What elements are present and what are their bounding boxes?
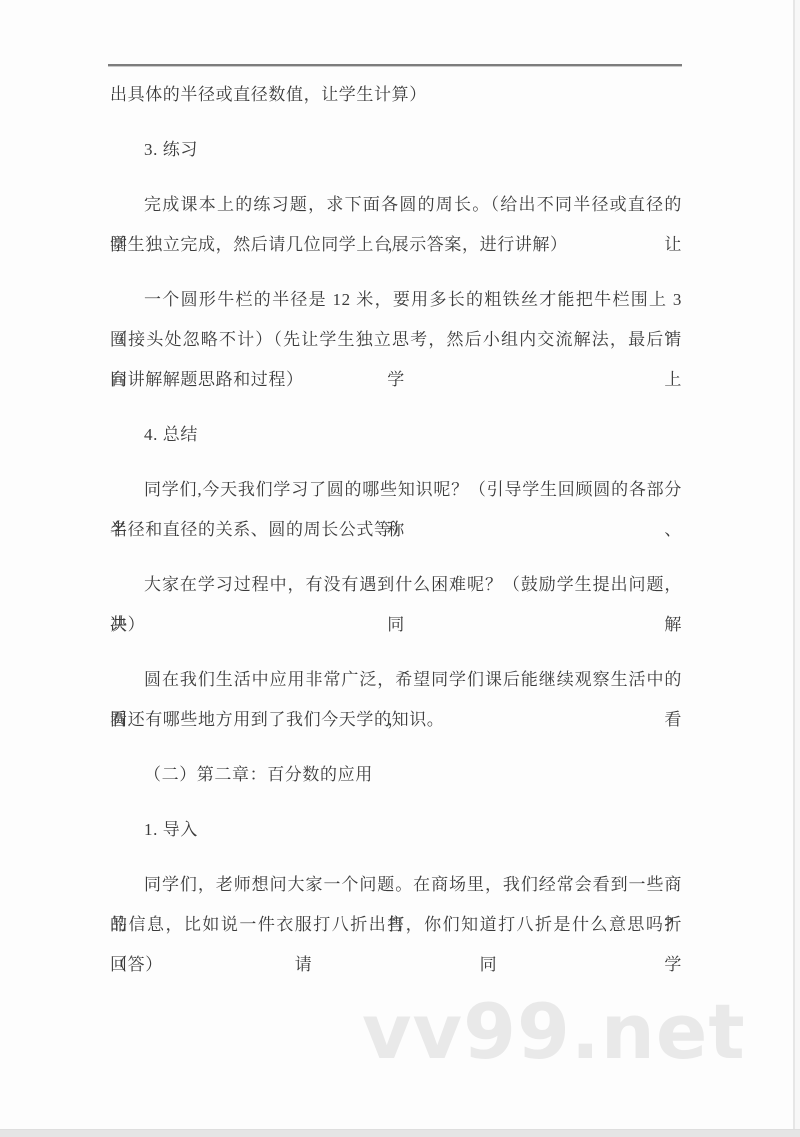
text-line: 大家在学习过程中，有没有遇到什么困难呢？（鼓励学生提出问题，共同解 xyxy=(110,565,682,605)
section-heading: 3. 练习 xyxy=(110,130,682,170)
document-page: 出具体的半径或直径数值，让学生计算） 3. 练习 完成课本上的练习题，求下面各圆… xyxy=(0,0,800,1137)
text-line: 一个圆形牛栏的半径是 12 米，要用多长的粗铁丝才能把牛栏围上 3 圈？ xyxy=(110,280,682,320)
text-line: 出具体的半径或直径数值，让学生计算） xyxy=(110,75,682,115)
page-right-edge xyxy=(795,0,800,1137)
watermark: vv99.net xyxy=(362,994,746,1070)
text-line: 同学们，老师想问大家一个问题。在商场里，我们经常会看到一些商品打折 xyxy=(110,865,682,905)
text-line: （接头处忽略不计）（先让学生独立思考，然后小组内交流解法，最后请同学上 xyxy=(110,320,682,360)
document-body: 出具体的半径或直径数值，让学生计算） 3. 练习 完成课本上的练习题，求下面各圆… xyxy=(110,75,682,985)
section-heading: 4. 总结 xyxy=(110,415,682,455)
text-line: 同学们,今天我们学习了圆的哪些知识呢？（引导学生回顾圆的各部分名称、 xyxy=(110,470,682,510)
page-bottom-edge xyxy=(0,1129,800,1137)
top-divider xyxy=(108,64,682,67)
chapter-heading: （二）第二章：百分数的应用 xyxy=(110,755,682,795)
section-heading: 1. 导入 xyxy=(110,810,682,850)
text-line: 完成课本上的练习题，求下面各圆的周长。（给出不同半径或直径的圆，让 xyxy=(110,185,682,225)
text-line: 圆在我们生活中应用非常广泛，希望同学们课后能继续观察生活中的圆，看 xyxy=(110,660,682,700)
text-line: 的信息，比如说一件衣服打八折出售，你们知道打八折是什么意思吗？（请同学 xyxy=(110,905,682,945)
page-right-edge-line xyxy=(793,0,795,1137)
